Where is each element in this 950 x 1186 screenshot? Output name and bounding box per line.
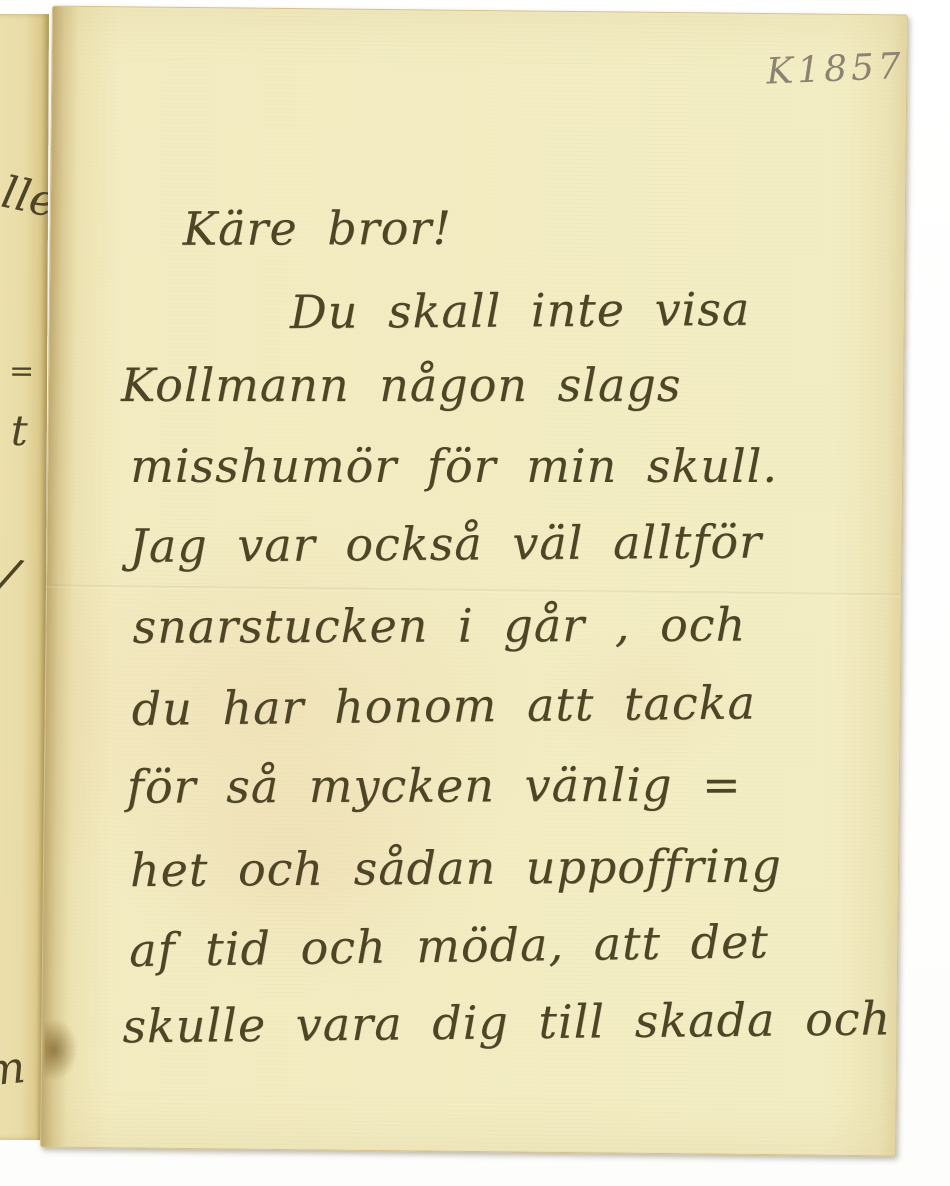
letter-page: K1857 Käre bror! Du skall inte visa Koll… — [40, 6, 908, 1157]
letter-line: het och sådan uppoffring — [130, 839, 782, 898]
letter-line: Jag var också väl alltför — [129, 514, 762, 572]
ink-fragment: / — [0, 547, 23, 609]
letter-line: skulle vara dig till skada och — [122, 991, 891, 1053]
letter-line: för så mycken vänlig = — [127, 758, 742, 814]
letter-line: misshumör för min skull. — [130, 439, 778, 493]
letter-line: snarstucken i går , och — [132, 598, 746, 654]
letter-line: af tid och möda, att det — [129, 914, 769, 977]
ink-fragment: lle — [0, 167, 49, 228]
ink-fragment: t — [11, 406, 28, 455]
letter-text: Käre bror! Du skall inte visa Kollmann n… — [41, 7, 907, 1156]
ink-fragment: m — [0, 1042, 28, 1097]
letter-line: Du skall inte visa — [290, 282, 751, 339]
ink-fragment: = — [9, 354, 34, 389]
letter-line: du har honom att tacka — [131, 675, 756, 736]
letter-line: Kollmann någon slags — [121, 358, 681, 412]
letter-line-salutation: Käre bror! — [183, 201, 452, 256]
scanned-letter: lle = t / m K1857 Käre bror! Du skall in… — [0, 0, 950, 1186]
